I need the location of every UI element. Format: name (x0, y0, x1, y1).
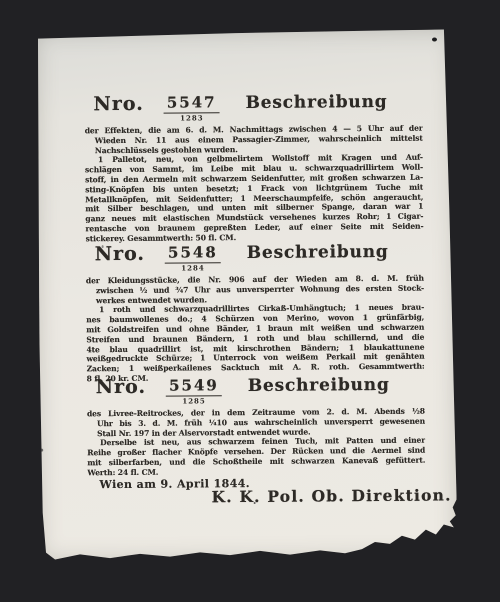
scanned-notice-page: Nro. 5547 1283 Beschreibung der Effekten… (36, 29, 457, 560)
notice-body-text: der Kleidungsstücke, die Nr. 906 auf der… (86, 274, 425, 384)
notice-ref-number: 1284 (165, 263, 221, 271)
notice-header: Nro. 5548 1284 Beschreibung (86, 242, 424, 274)
notice-5548: Nro. 5548 1284 Beschreibung der Kleidung… (86, 242, 425, 384)
notice-ref-number: 1283 (164, 113, 220, 121)
notice-ref-number: 1285 (166, 396, 222, 404)
notice-number-block: 5548 1284 (165, 243, 221, 271)
notice-title: Beschreibung (246, 92, 388, 114)
notice-number-label: Nro. (93, 94, 144, 115)
notice-number-block: 5549 1285 (166, 376, 222, 404)
ink-speck (102, 245, 104, 248)
notice-number-label: Nro. (96, 377, 147, 398)
notice-5549: Nro. 5549 1285 Beschreibung des Livree-R… (87, 375, 426, 478)
notice-number: 5548 (165, 243, 221, 263)
notice-title: Beschreibung (247, 242, 389, 264)
issuing-authority-signature: K. K. Pol. Ob. Direktion. (212, 485, 452, 506)
text-line: Werth: 24 fl. CM. (87, 465, 425, 477)
notice-number: 5547 (164, 93, 220, 113)
ink-speck (432, 37, 437, 41)
notice-title: Beschreibung (248, 375, 390, 397)
notice-number: 5549 (166, 376, 222, 396)
ink-speck (40, 449, 43, 452)
notice-body-text: der Effekten, die am 6. d. M. Nachmittag… (85, 124, 424, 244)
notice-number-block: 5547 1283 (164, 93, 220, 121)
scan-background: Nro. 5547 1283 Beschreibung der Effekten… (0, 0, 500, 602)
notice-body-text: des Livree-Reitrockes, der in dem Zeitra… (87, 407, 426, 478)
ink-speck (254, 502, 256, 504)
notice-5547: Nro. 5547 1283 Beschreibung der Effekten… (84, 92, 423, 244)
notice-header: Nro. 5547 1283 Beschreibung (84, 92, 422, 124)
notice-header: Nro. 5549 1285 Beschreibung (87, 375, 425, 407)
